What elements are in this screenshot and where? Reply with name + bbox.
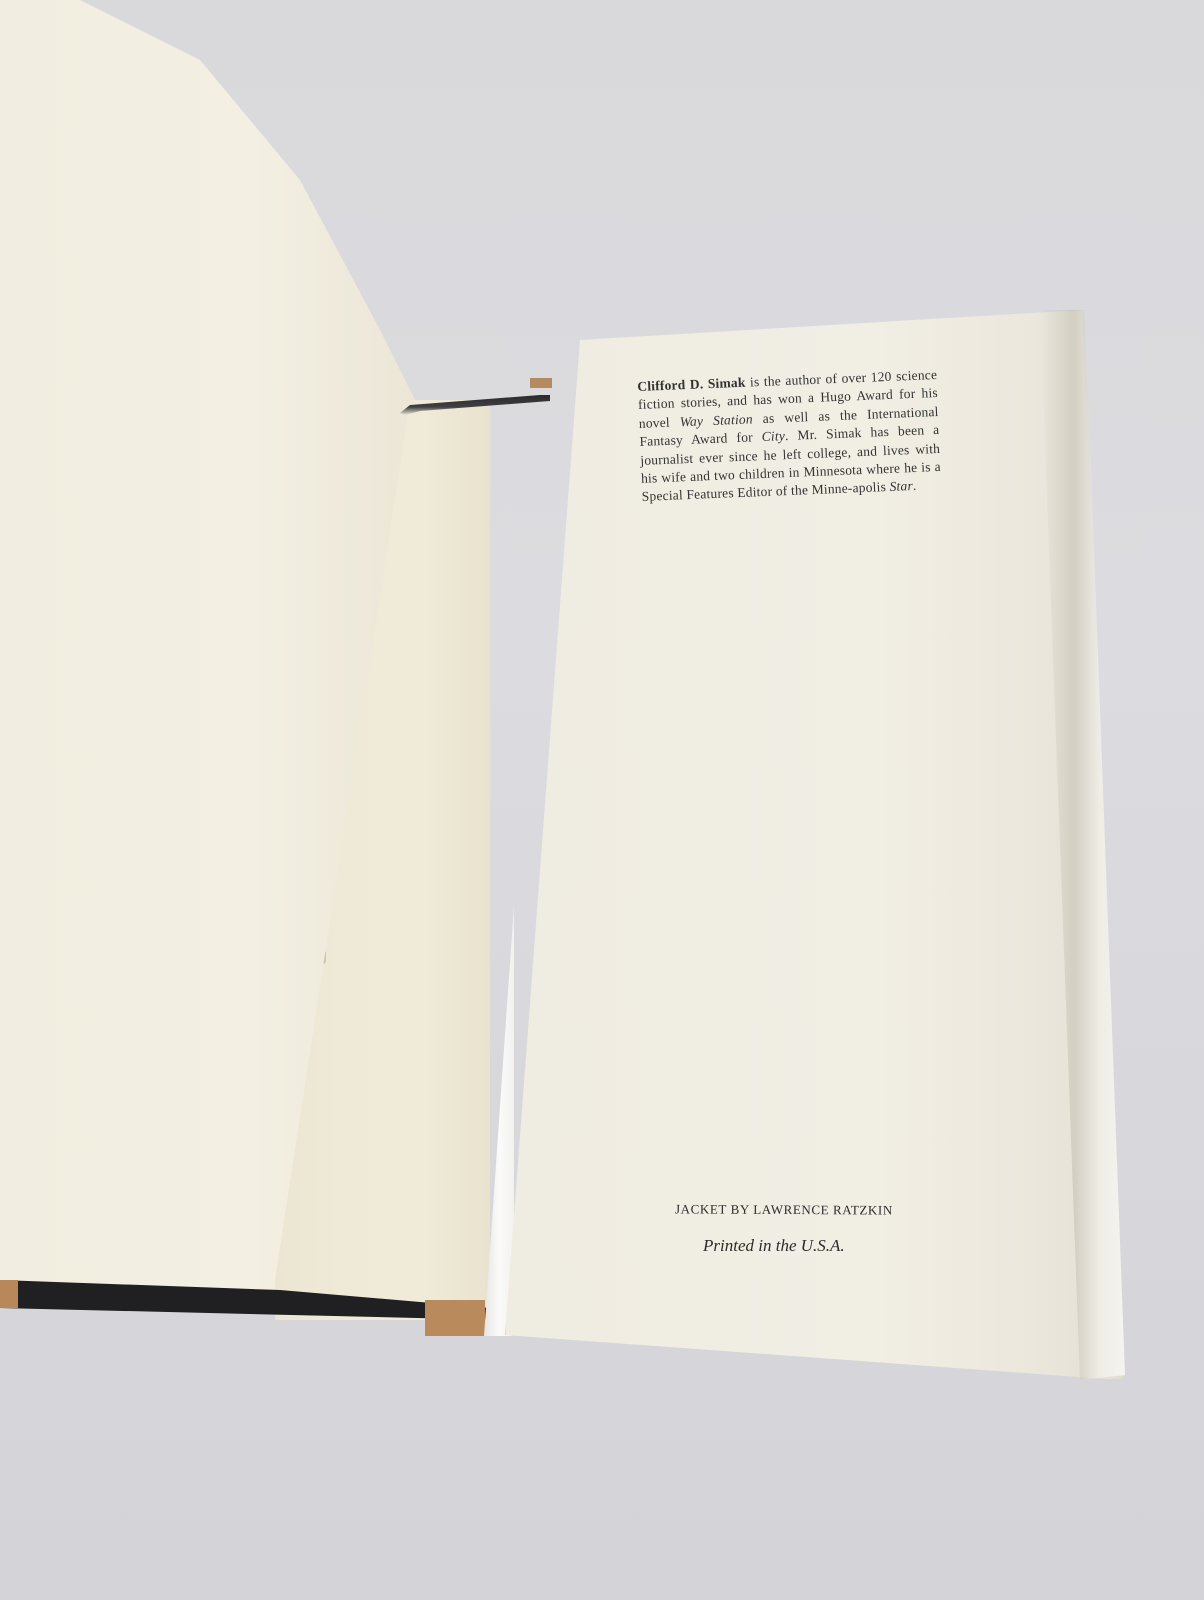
cloth-corner (0, 1280, 18, 1308)
cloth-corner (425, 1300, 485, 1336)
bio-text: . (913, 478, 917, 493)
cloth-corner (530, 378, 552, 388)
book-title-city: City (761, 428, 785, 444)
printed-in-label: Printed in the U.S.A. (703, 1236, 845, 1256)
book-title-way-station: Way Station (679, 411, 753, 429)
jacket-credit: JACKET BY LAWRENCE RATZKIN (675, 1201, 893, 1218)
author-name: Clifford D. Simak (637, 375, 746, 394)
author-bio: Clifford D. Simak is the author of over … (637, 366, 942, 507)
newspaper-title: Star (889, 478, 913, 494)
